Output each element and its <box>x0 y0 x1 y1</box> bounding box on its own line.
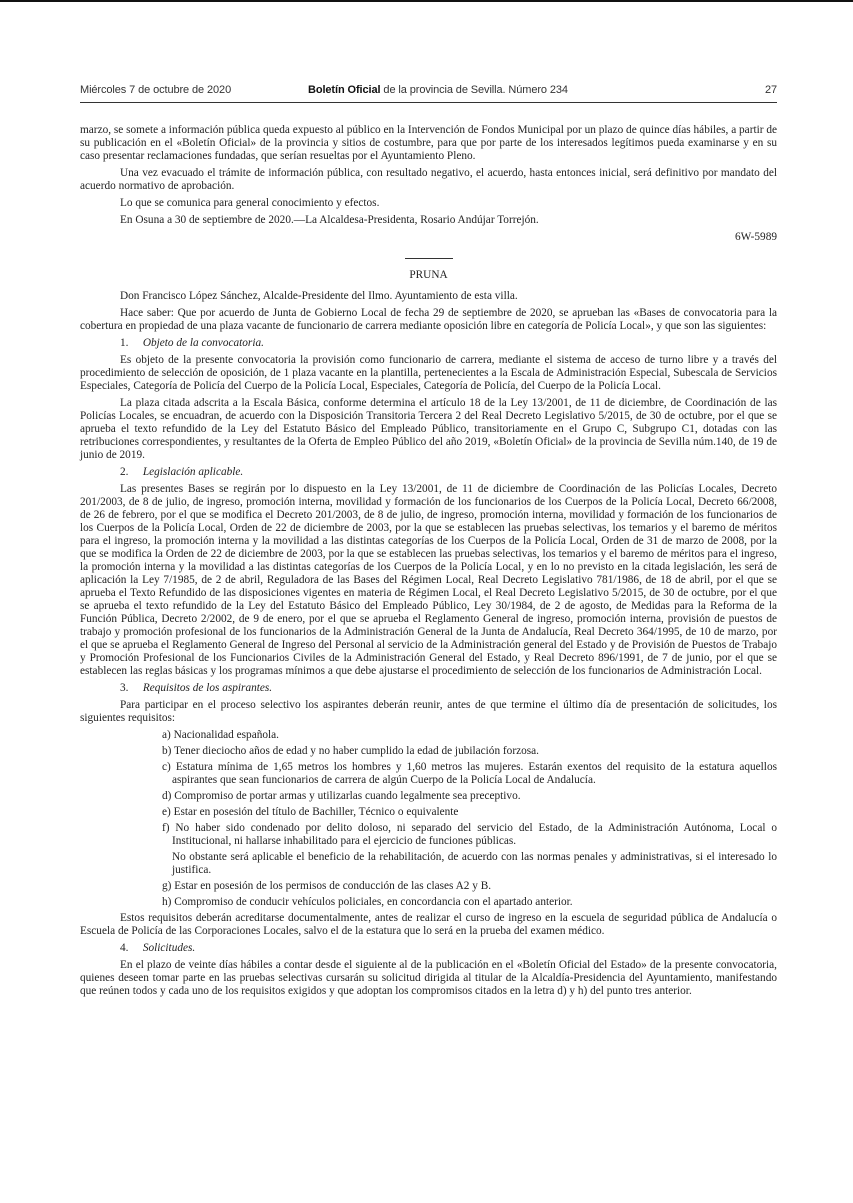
section-heading-1: 1. Objeto de la convocatoria. <box>80 337 777 350</box>
requirement-c: c) Estatura mínima de 1,65 metros los ho… <box>80 761 777 787</box>
page-number: 27 <box>765 84 777 96</box>
section-heading-2: 2. Legislación aplicable. <box>80 466 777 479</box>
section-title: Solicitudes. <box>143 942 195 954</box>
section-number: 3. <box>120 682 140 695</box>
requirement-a: a) Nacionalidad española. <box>80 729 777 742</box>
section-number: 2. <box>120 466 140 479</box>
pruna-intro: Don Francisco López Sánchez, Alcalde-Pre… <box>80 290 777 303</box>
header-divider <box>80 102 777 103</box>
requirement-g: g) Estar en posesión de los permisos de … <box>80 880 777 893</box>
header-publication: Boletín Oficial de la provincia de Sevil… <box>308 84 568 96</box>
osuna-signature: En Osuna a 30 de septiembre de 2020.—La … <box>80 214 777 227</box>
osuna-paragraph-1: marzo, se somete a información pública q… <box>80 124 777 163</box>
section-heading-3: 3. Requisitos de los aspirantes. <box>80 682 777 695</box>
section-title: Objeto de la convocatoria. <box>143 337 264 349</box>
section-title: Legislación aplicable. <box>143 466 243 478</box>
section-number: 4. <box>120 942 140 955</box>
top-edge-bar <box>0 0 853 2</box>
section-number: 1. <box>120 337 140 350</box>
osuna-paragraph-2: Una vez evacuado el trámite de informaci… <box>80 167 777 193</box>
section-4-paragraph-1: En el plazo de veinte días hábiles a con… <box>80 959 777 998</box>
section-3-closing: Estos requisitos deberán acreditarse doc… <box>80 912 777 938</box>
requirement-f: f) No haber sido condenado por delito do… <box>80 822 777 848</box>
requirement-d: d) Compromiso de portar armas y utilizar… <box>80 790 777 803</box>
requirement-e: e) Estar en posesión del título de Bachi… <box>80 806 777 819</box>
section-2-paragraph-1: Las presentes Bases se regirán por lo di… <box>80 483 777 678</box>
document-body: marzo, se somete a información pública q… <box>80 124 777 1002</box>
section-separator <box>405 258 453 259</box>
osuna-paragraph-3: Lo que se comunica para general conocimi… <box>80 197 777 210</box>
section-1-paragraph-2: La plaza citada adscrita a la Escala Bás… <box>80 397 777 462</box>
section-heading-4: 4. Solicitudes. <box>80 942 777 955</box>
requirement-b: b) Tener dieciocho años de edad y no hab… <box>80 745 777 758</box>
section-title: Requisitos de los aspirantes. <box>143 682 272 694</box>
requirement-h: h) Compromiso de conducir vehículos poli… <box>80 896 777 909</box>
osuna-reference-code: 6W-5989 <box>80 231 777 244</box>
section-1-paragraph-1: Es objeto de la presente convocatoria la… <box>80 354 777 393</box>
page-header: Miércoles 7 de octubre de 2020 Boletín O… <box>80 84 777 100</box>
publication-name: Boletín Oficial <box>308 84 380 96</box>
pruna-hace-saber: Hace saber: Que por acuerdo de Junta de … <box>80 307 777 333</box>
pruna-title: PRUNA <box>80 269 777 282</box>
publication-details: de la provincia de Sevilla. Número 234 <box>380 84 567 96</box>
header-date: Miércoles 7 de octubre de 2020 <box>80 84 231 96</box>
requirement-f-note: No obstante será aplicable el beneficio … <box>80 851 777 877</box>
section-3-paragraph-1: Para participar en el proceso selectivo … <box>80 699 777 725</box>
